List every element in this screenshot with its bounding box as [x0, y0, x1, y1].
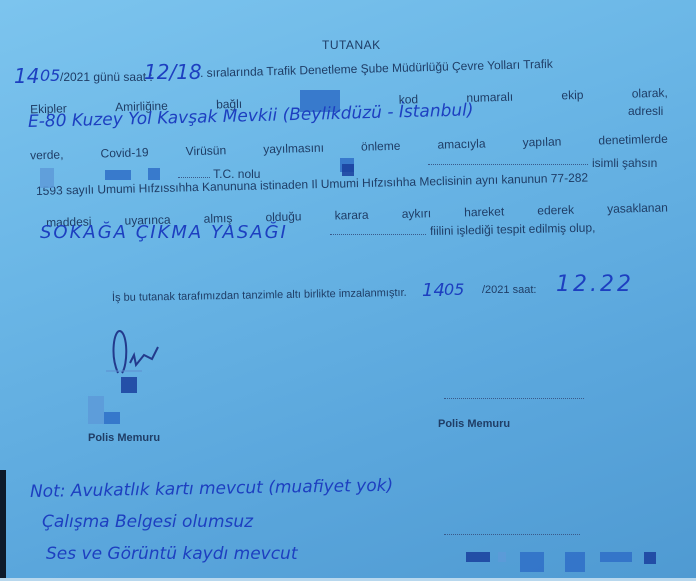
redaction-block — [600, 552, 632, 562]
note-line-1: Not: Avukatlık kartı mevcut (muafiyet yo… — [30, 476, 394, 502]
redaction-block — [342, 164, 354, 176]
redaction-block — [148, 168, 160, 180]
line1-text: . sıralarında Trafik Denetleme Şube Müdü… — [200, 57, 553, 80]
date-suffix: /2021 günü saat : — [60, 70, 153, 84]
photo-edge-shadow — [0, 470, 6, 581]
document-photo: TUTANAK 14 05 /2021 günü saat : 12/18 . … — [0, 0, 696, 581]
note-line-2: Çalışma Belgesi olumsuz — [42, 512, 253, 532]
signing-date-day: 14 — [422, 280, 445, 301]
signing-date-suffix: /2021 saat: — [482, 284, 536, 296]
redaction-block — [644, 552, 656, 564]
violation-field-line — [330, 234, 426, 235]
signing-date-month: 05 — [444, 280, 464, 299]
line3-text: adresli — [628, 104, 663, 118]
signature-scribble-icon — [100, 325, 170, 385]
right-signature-line — [444, 398, 584, 399]
redaction-block — [40, 180, 54, 188]
document-title: TUTANAK — [322, 38, 381, 52]
signing-time: 12.22 — [556, 272, 634, 297]
redaction-block — [466, 552, 490, 562]
redaction-block — [498, 552, 506, 562]
right-officer-label: Polis Memuru — [438, 418, 510, 430]
redaction-block — [104, 412, 120, 424]
redaction-block — [520, 552, 544, 572]
redaction-block — [88, 396, 104, 424]
redaction-block — [105, 170, 131, 180]
line5-text: isimli şahsın — [592, 156, 657, 170]
redaction-block — [565, 552, 585, 572]
left-officer-label: Polis Memuru — [88, 432, 160, 444]
handwritten-violation: SOKAĞA ÇIKMA YASAĞI — [40, 222, 288, 243]
redaction-block — [40, 168, 54, 180]
handwritten-date-month: 05 — [40, 66, 60, 85]
signing-statement: İş bu tutanak tarafımızdan tanzimle altı… — [112, 287, 407, 304]
line8-text: fiilini işlediği tespit edilmiş olup, — [430, 221, 596, 238]
name-field-line — [428, 164, 588, 165]
handwritten-date-day: 14 — [14, 64, 39, 88]
handwritten-time: 12/18 — [144, 60, 202, 84]
bottom-signature-line — [444, 534, 580, 535]
redaction-block — [121, 377, 137, 393]
note-line-3: Ses ve Görüntü kaydı mevcut — [46, 544, 298, 564]
